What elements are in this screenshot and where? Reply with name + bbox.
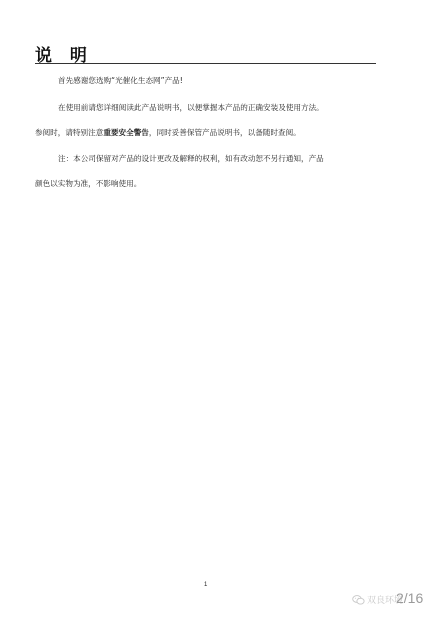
safety-warning-emphasis: 重要安全警告: [103, 128, 149, 137]
title-underline: [35, 63, 376, 64]
paragraph-note: 注：本公司保留对产品的设计更改及解释的权利，如有改动恕不另行通知，产品: [58, 154, 324, 164]
wechat-icon: [352, 595, 365, 605]
paragraph-read-manual: 在使用前请您详细阅读此产品说明书，以便掌握本产品的正确安装及使用方法。: [58, 103, 324, 113]
paragraph-safety-warning: 参阅时，请特别注意重要安全警告，同时妥善保管产品说明书，以备随时查阅。: [35, 128, 301, 138]
page-count-indicator: 2/16: [396, 590, 423, 606]
page-number: 1: [204, 582, 207, 588]
paragraph-thanks: 首先感谢您选购“光催化生态网”产品!: [58, 76, 183, 86]
safety-text-after: ，同时妥善保管产品说明书，以备随时查阅。: [149, 128, 301, 137]
safety-text-before: 参阅时，请特别注意: [35, 128, 103, 137]
paragraph-note-continued: 颜色以实物为准，不影响使用。: [35, 179, 141, 189]
